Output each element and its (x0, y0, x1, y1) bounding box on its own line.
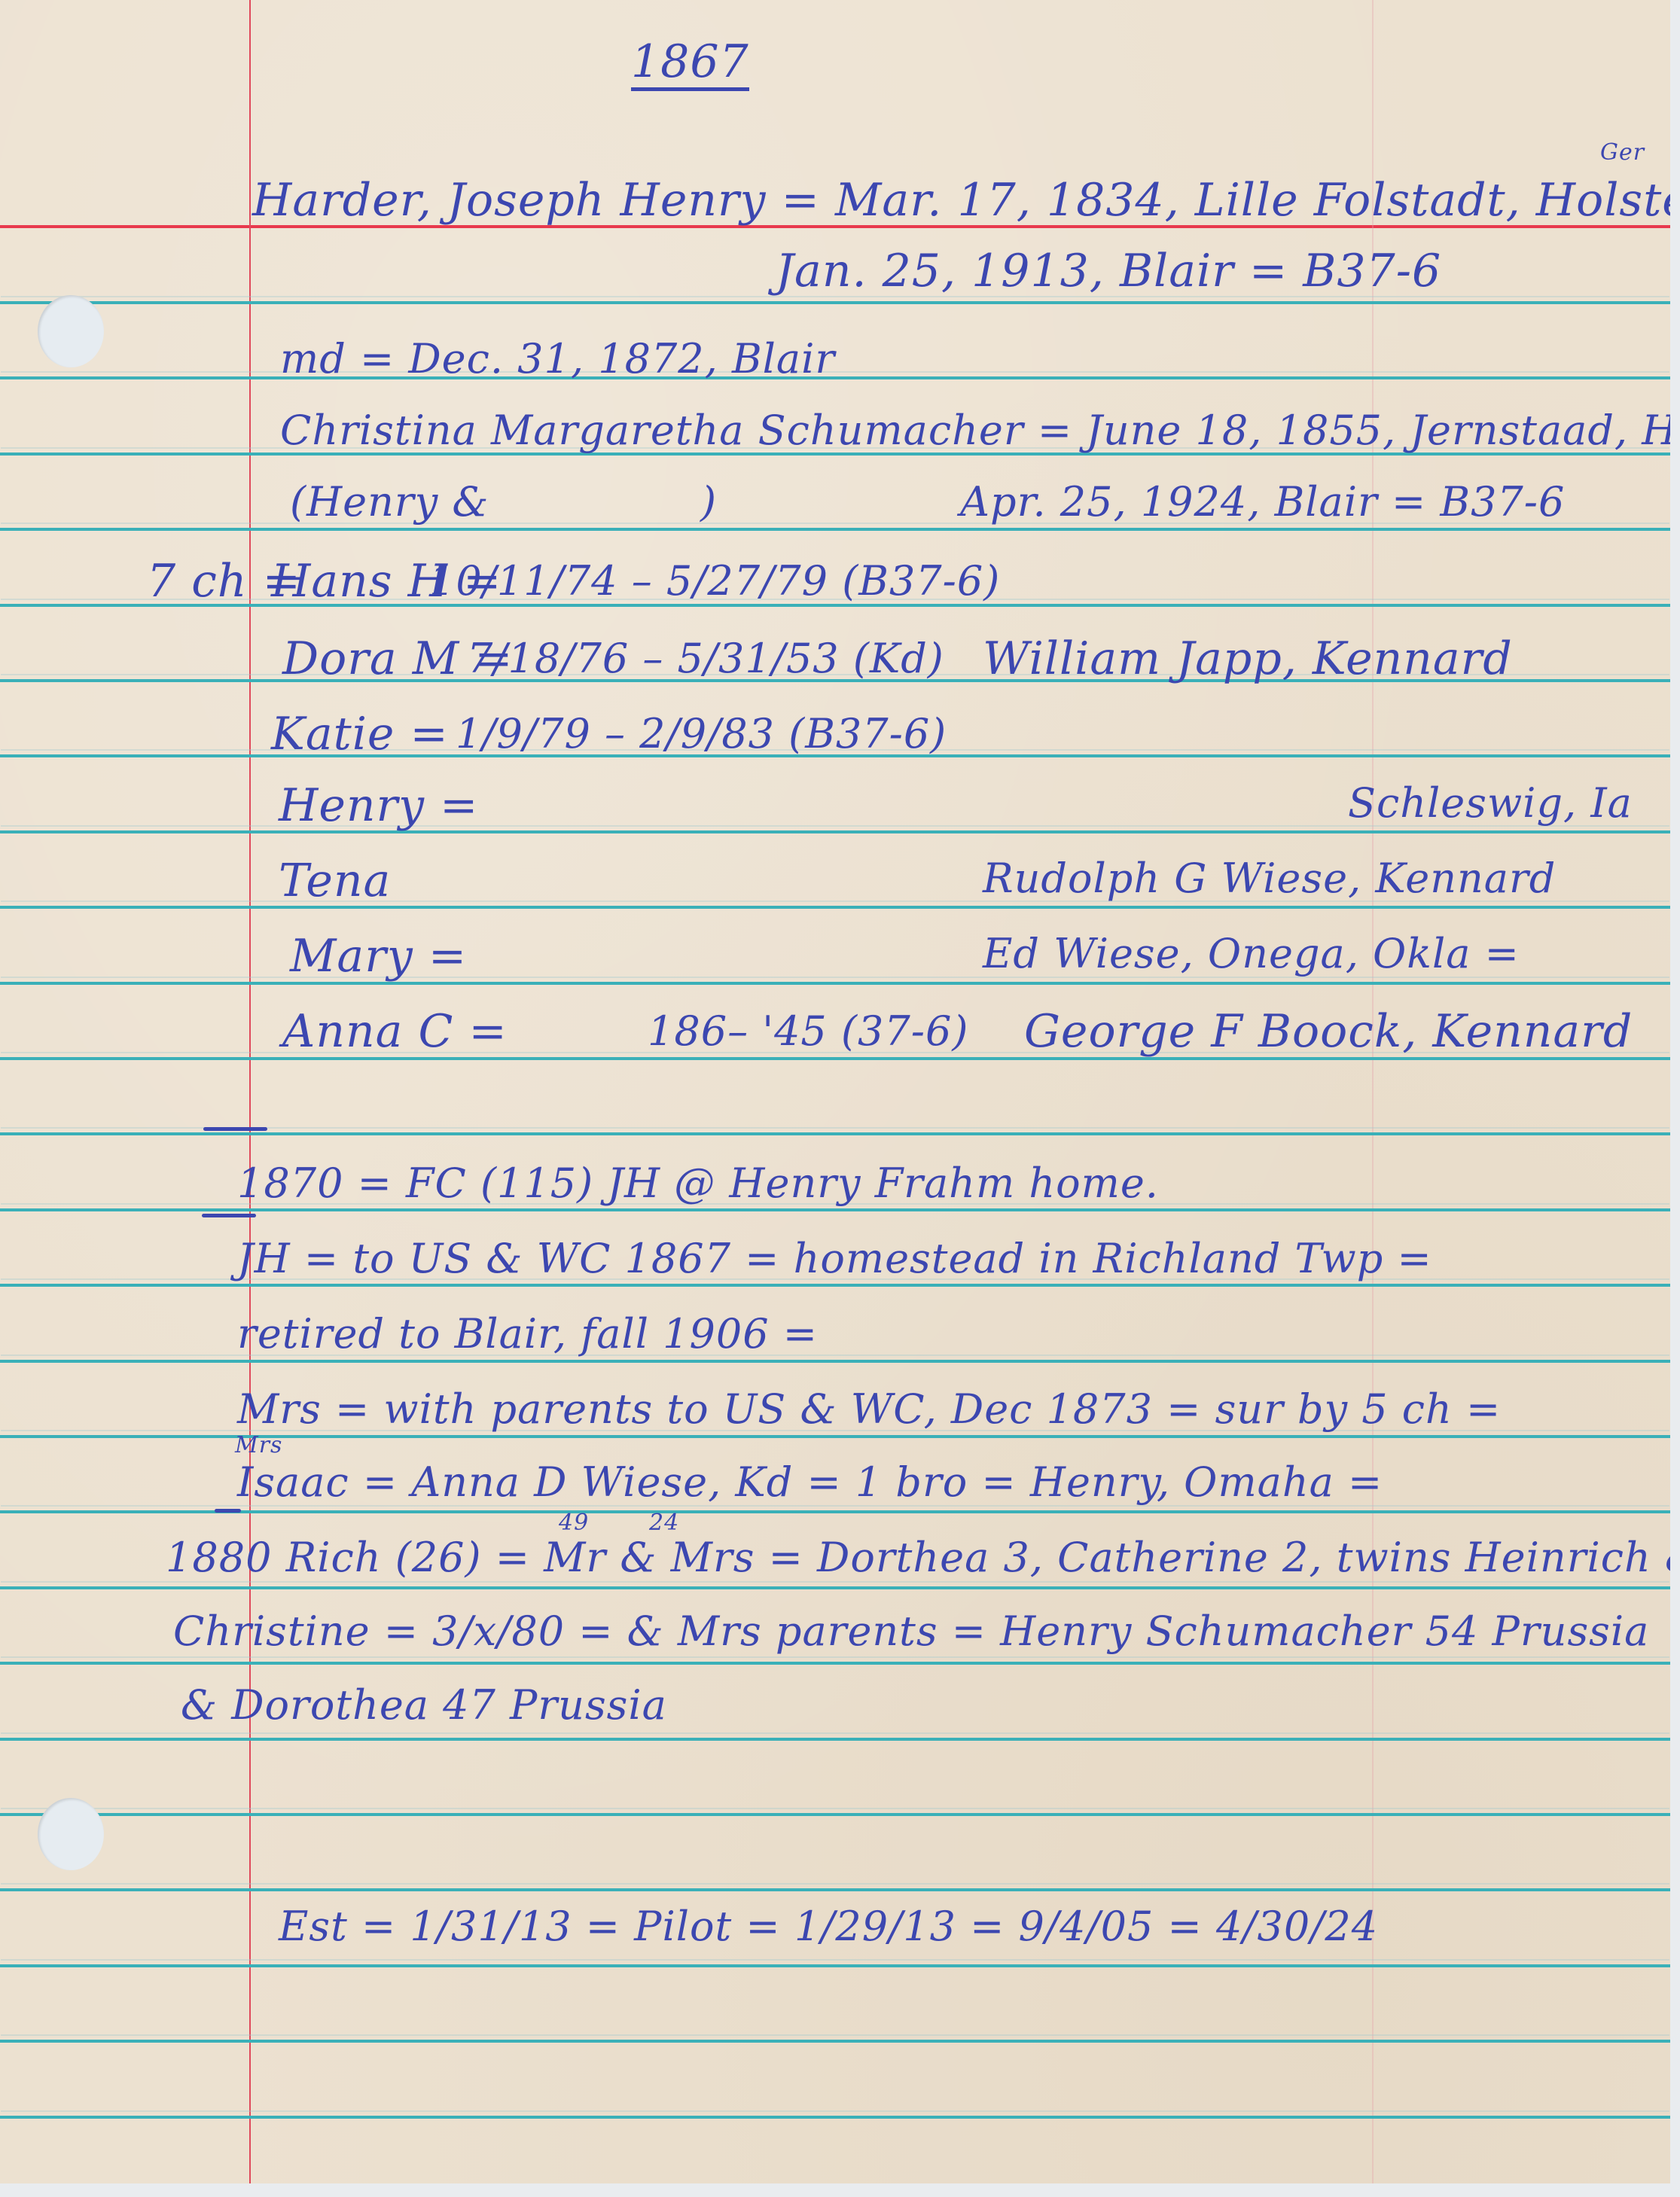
note-line: Mrs = with parents to US & WC, Dec 1873 … (237, 1389, 1501, 1430)
note-line: 1870 = FC (115) JH @ Henry Frahm home. (237, 1163, 1159, 1207)
ruled-line (0, 1132, 1670, 1135)
note-line: 1880 Rich (26) = Mr & Mrs = Dorthea 3, C… (166, 1537, 1670, 1578)
child-name: Tena (279, 858, 391, 903)
ruled-line (0, 1360, 1670, 1363)
left-margin-rule (249, 0, 251, 2183)
note-superscript: 24 (649, 1512, 679, 1534)
ruled-line (0, 1738, 1670, 1741)
ruled-line (0, 1208, 1670, 1211)
ruled-line (0, 301, 1670, 304)
note-underline-mark (215, 1509, 241, 1513)
note-superscript: Mrs (235, 1434, 282, 1457)
entry-spouse-death: Apr. 25, 1924, Blair = B37-6 (960, 482, 1565, 523)
punch-hole-bottom (38, 1798, 104, 1870)
note-underline-mark (202, 1214, 256, 1217)
child-name: Mary = (290, 934, 467, 979)
note-line: & Dorothea 47 Prussia (181, 1685, 667, 1726)
ruled-line (0, 906, 1670, 909)
child-spouse: Schleswig, Ia (1348, 783, 1633, 824)
page-heading-year: 1867 (631, 39, 749, 91)
punch-hole-top (38, 295, 104, 367)
ruled-line (0, 1813, 1670, 1816)
child-dates: 7/18/76 – 5/31/53 (Kd) (467, 638, 944, 679)
note-line: Christine = 3/x/80 = & Mrs parents = Hen… (173, 1611, 1649, 1652)
entry-name-superscript: Ger (1600, 142, 1645, 164)
entry-death-line: Jan. 25, 1913, Blair = B37-6 (776, 248, 1441, 294)
entry-spouse-parents: (Henry & (290, 482, 489, 523)
footer-dates-line: Est = 1/31/13 = Pilot = 1/29/13 = 9/4/05… (279, 1906, 1378, 1947)
ruled-line (0, 982, 1670, 985)
entry-name-line: Harder, Joseph Henry = Mar. 17, 1834, Li… (252, 178, 1670, 223)
child-name: Henry = (279, 783, 478, 828)
note-line: Isaac = Anna D Wiese, Kd = 1 bro = Henry… (237, 1462, 1383, 1503)
separator-dash (203, 1127, 267, 1131)
faint-right-margin-rule (1372, 0, 1374, 2183)
note-line: retired to Blair, fall 1906 = (237, 1314, 818, 1354)
child-dates: 1/9/79 – 2/9/83 (B37-6) (456, 714, 947, 754)
child-spouse: William Japp, Kennard (983, 636, 1513, 681)
ruled-line (0, 528, 1670, 531)
child-name: Katie = (271, 712, 449, 757)
ruled-line (0, 1586, 1670, 1589)
ruled-line (0, 1284, 1670, 1287)
entry-married-line: md = Dec. 31, 1872, Blair (280, 339, 835, 379)
entry-spouse-line: Christina Margaretha Schumacher = June 1… (280, 410, 1670, 451)
ruled-line (0, 1662, 1670, 1665)
ruled-line (0, 2040, 1670, 2043)
child-name: Anna C = (282, 1009, 508, 1054)
child-spouse: Rudolph G Wiese, Kennard (983, 858, 1556, 899)
ruled-line (0, 1510, 1670, 1513)
ruled-line (0, 1964, 1670, 1967)
ruled-line (0, 1888, 1670, 1891)
child-dates: 10/11/74 – 5/27/79 (B37-6) (429, 561, 1000, 602)
notebook-page: 1867 Harder, Joseph Henry = Mar. 17, 183… (0, 0, 1670, 2183)
note-superscript: 49 (559, 1512, 589, 1534)
ruled-line (0, 830, 1670, 833)
entry-spouse-parents-close: ) (700, 482, 717, 523)
child-dates: 186– '45 (37-6) (648, 1011, 968, 1052)
note-line: JH = to US & WC 1867 = homestead in Rich… (237, 1239, 1432, 1279)
child-spouse: George F Boock, Kennard (1024, 1009, 1633, 1054)
ruled-line (0, 2116, 1670, 2119)
child-spouse: Ed Wiese, Onega, Okla = (983, 934, 1520, 974)
